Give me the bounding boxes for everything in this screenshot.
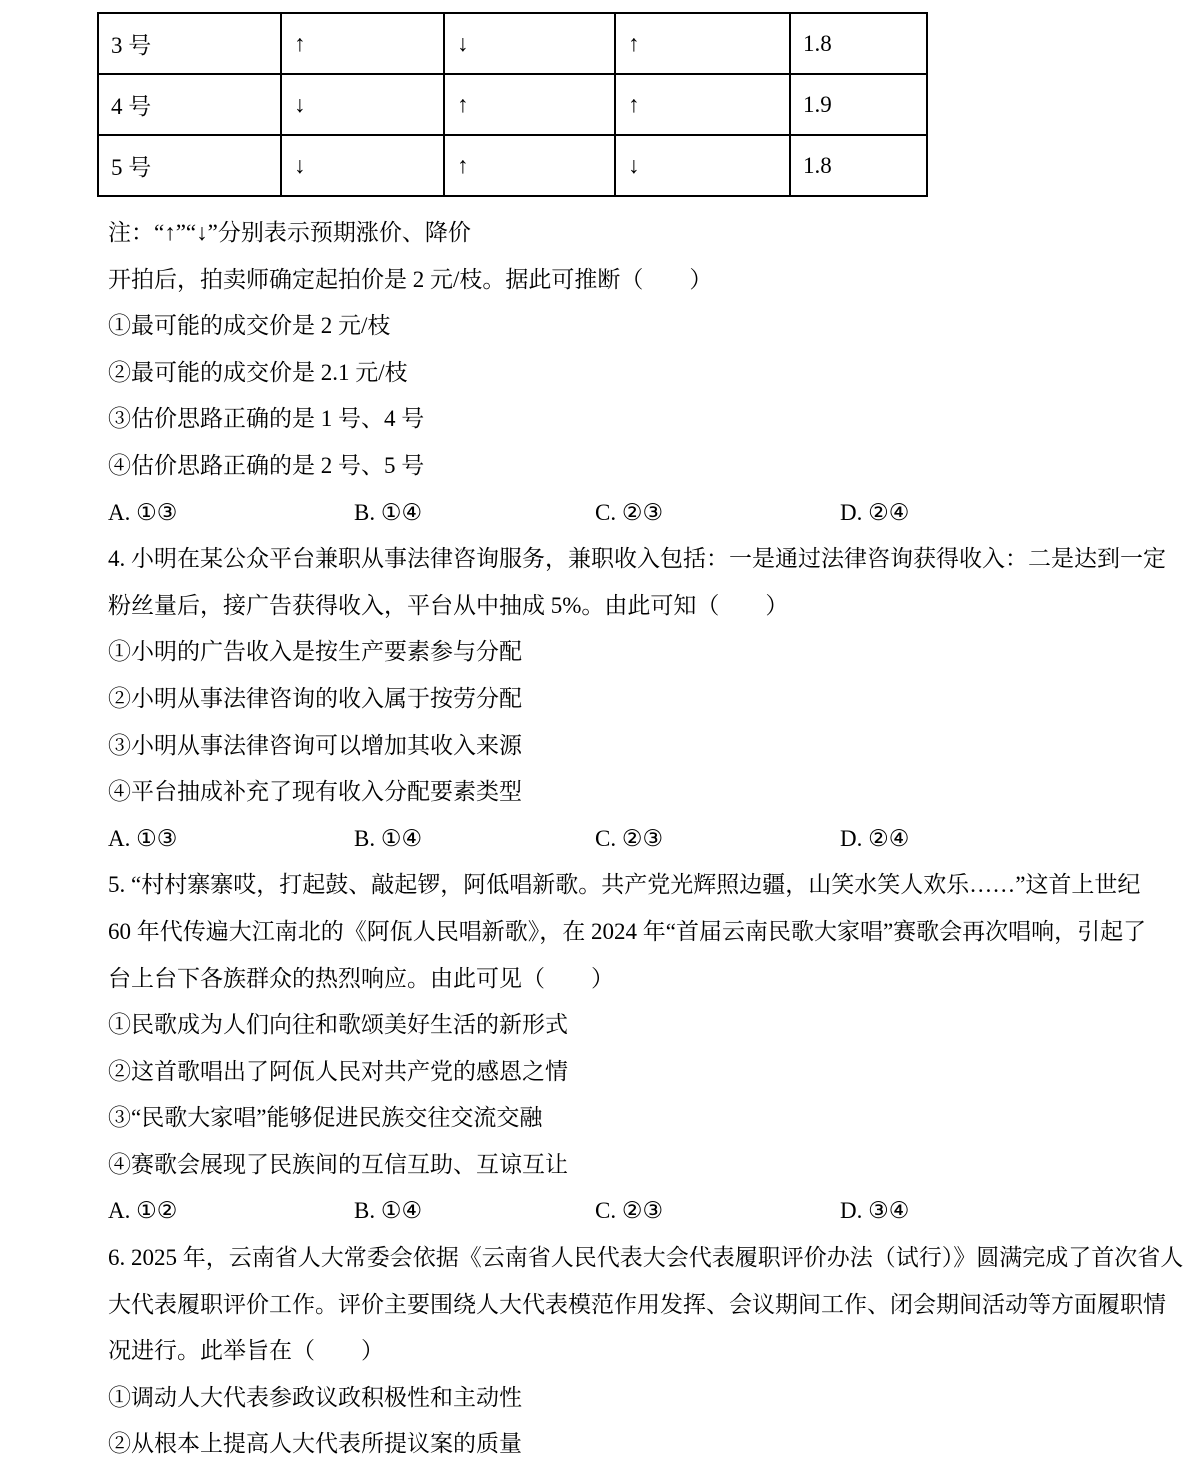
price-expectation-table: 3 号 ↑ ↓ ↑ 1.8 4 号 ↓ ↑ ↑ 1.9 5 号 ↓ ↑ ↓ 1.… xyxy=(97,12,928,197)
q5-option-a: A. ①② xyxy=(108,1188,177,1235)
cell-arrow: ↑ xyxy=(281,13,444,74)
q4-option-c: C. ②③ xyxy=(595,816,663,863)
q4-item-4: ④平台抽成补充了现有收入分配要素类型 xyxy=(108,769,1118,816)
q4-stem-line-1: 4. 小明在某公众平台兼职从事法律咨询服务，兼职收入包括：一是通过法律咨询获得收… xyxy=(108,536,1118,583)
q5-stem-line-2: 60 年代传遍大江南北的《阿佤人民唱新歌》，在 2024 年“首届云南民歌大家唱… xyxy=(108,909,1118,956)
q6-item-1: ①调动人大代表参政议政积极性和主动性 xyxy=(108,1375,1118,1422)
q5-option-c: C. ②③ xyxy=(595,1188,663,1235)
q3-item-1: ①最可能的成交价是 2 元/枝 xyxy=(108,303,1118,350)
q4-options-row: A. ①③ B. ①④ C. ②③ D. ②④ xyxy=(108,816,1118,863)
table-row-4: 4 号 ↓ ↑ ↑ 1.9 xyxy=(98,74,927,135)
q5-stem-line-1: 5. “村村寨寨哎，打起鼓、敲起锣，阿低唱新歌。共产党光辉照边疆，山笑水笑人欢乐… xyxy=(108,862,1118,909)
cell-arrow: ↓ xyxy=(444,13,615,74)
q5-options-row: A. ①② B. ①④ C. ②③ D. ③④ xyxy=(108,1188,1118,1235)
q3-item-4: ④估价思路正确的是 2 号、5 号 xyxy=(108,443,1118,490)
cell-arrow: ↑ xyxy=(444,135,615,196)
cell-arrow: ↓ xyxy=(615,135,790,196)
cell-price: 1.8 xyxy=(790,135,927,196)
q5-item-1: ①民歌成为人们向往和歌颂美好生活的新形式 xyxy=(108,1002,1118,1049)
q4-stem-line-2: 粉丝量后，接广告获得收入，平台从中抽成 5%。由此可知（ ） xyxy=(108,583,1118,630)
cell-arrow: ↑ xyxy=(444,74,615,135)
q5-item-4: ④赛歌会展现了民族间的互信互助、互谅互让 xyxy=(108,1142,1118,1189)
q5-option-d: D. ③④ xyxy=(840,1188,909,1235)
q4-option-a: A. ①③ xyxy=(108,816,177,863)
q4-option-d: D. ②④ xyxy=(840,816,909,863)
cell-price: 1.9 xyxy=(790,74,927,135)
table-row-3: 3 号 ↑ ↓ ↑ 1.8 xyxy=(98,13,927,74)
q3-option-b: B. ①④ xyxy=(354,490,422,537)
cell-bidder-label: 4 号 xyxy=(98,74,281,135)
q3-item-3: ③估价思路正确的是 1 号、4 号 xyxy=(108,396,1118,443)
cell-arrow: ↑ xyxy=(615,13,790,74)
q6-item-2: ②从根本上提高人大代表所提议案的质量 xyxy=(108,1421,1118,1468)
q4-item-1: ①小明的广告收入是按生产要素参与分配 xyxy=(108,629,1118,676)
cell-bidder-label: 5 号 xyxy=(98,135,281,196)
table-note: 注：“↑”“↓”分别表示预期涨价、降价 xyxy=(108,210,1118,257)
cell-arrow: ↑ xyxy=(615,74,790,135)
exam-page: 3 号 ↑ ↓ ↑ 1.8 4 号 ↓ ↑ ↑ 1.9 5 号 ↓ ↑ ↓ 1.… xyxy=(0,0,1190,1469)
q4-item-2: ②小明从事法律咨询的收入属于按劳分配 xyxy=(108,676,1118,723)
q3-options-row: A. ①③ B. ①④ C. ②③ D. ②④ xyxy=(108,490,1118,537)
cell-arrow: ↓ xyxy=(281,135,444,196)
q3-option-c: C. ②③ xyxy=(595,490,663,537)
cell-bidder-label: 3 号 xyxy=(98,13,281,74)
q5-item-3: ③“民歌大家唱”能够促进民族交往交流交融 xyxy=(108,1095,1118,1142)
cell-price: 1.8 xyxy=(790,13,927,74)
q5-option-b: B. ①④ xyxy=(354,1188,422,1235)
q3-item-2: ②最可能的成交价是 2.1 元/枝 xyxy=(108,350,1118,397)
q5-item-2: ②这首歌唱出了阿佤人民对共产党的感恩之情 xyxy=(108,1049,1118,1096)
cell-arrow: ↓ xyxy=(281,74,444,135)
q6-stem-line-2: 大代表履职评价工作。评价主要围绕人大代表模范作用发挥、会议期间工作、闭会期间活动… xyxy=(108,1282,1118,1329)
q4-option-b: B. ①④ xyxy=(354,816,422,863)
q5-stem-line-3: 台上台下各族群众的热烈响应。由此可见（ ） xyxy=(108,956,1118,1003)
q6-stem-line-1: 6. 2025 年，云南省人大常委会依据《云南省人民代表大会代表履职评价办法（试… xyxy=(108,1235,1118,1282)
exam-text-content: 注：“↑”“↓”分别表示预期涨价、降价 开拍后，拍卖师确定起拍价是 2 元/枝。… xyxy=(108,210,1118,1468)
q3-option-a: A. ①③ xyxy=(108,490,177,537)
q4-item-3: ③小明从事法律咨询可以增加其收入来源 xyxy=(108,723,1118,770)
q3-stem: 开拍后，拍卖师确定起拍价是 2 元/枝。据此可推断（ ） xyxy=(108,257,1118,304)
q3-option-d: D. ②④ xyxy=(840,490,909,537)
q6-stem-line-3: 况进行。此举旨在（ ） xyxy=(108,1328,1118,1375)
table-row-5: 5 号 ↓ ↑ ↓ 1.8 xyxy=(98,135,927,196)
